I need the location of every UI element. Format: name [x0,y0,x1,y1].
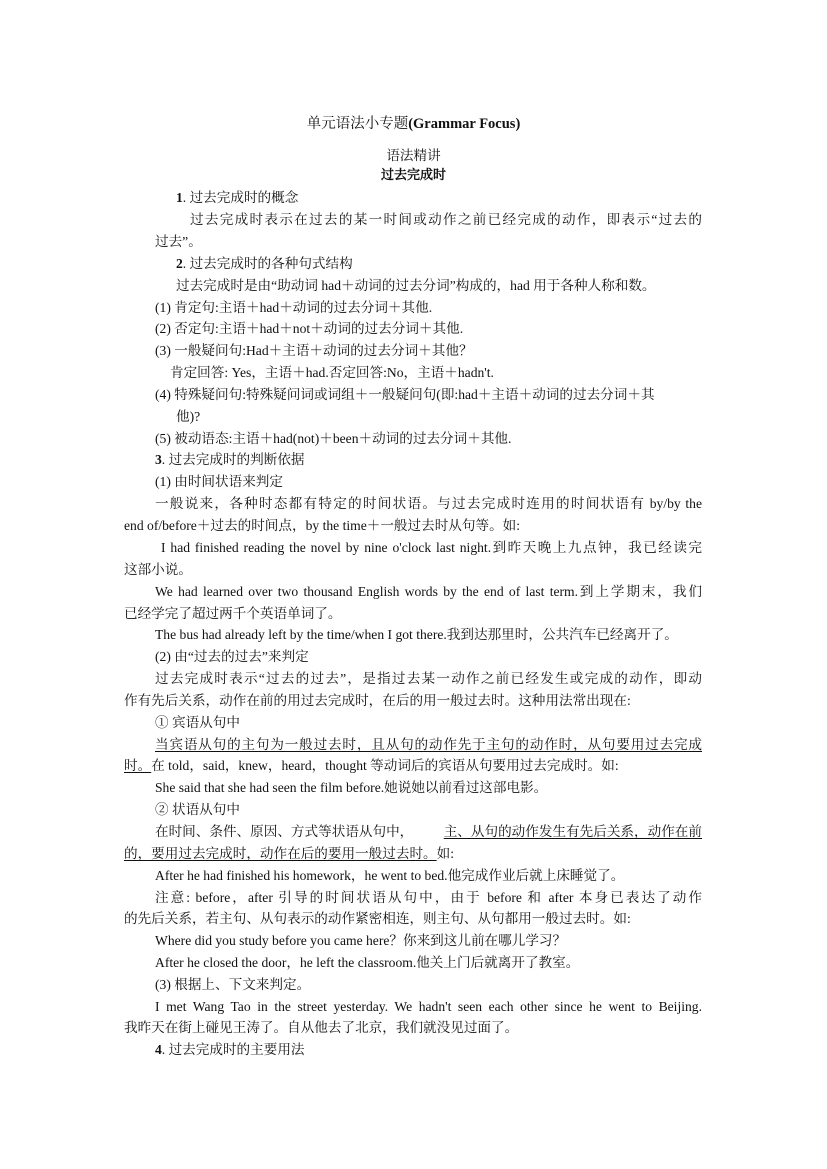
example-7: After he closed the door，he left the cla… [155,954,579,972]
section-3-2-heading: (2) 由“过去的过去”来判定 [155,648,309,666]
case-2-rule: 在时间、条件、原因、方式等状语从句中，主、从句的动作发生有先后关系，动作在前 [155,823,702,841]
structure-item-3: (3) 一般疑问句:Had＋主语＋动词的过去分词＋其他？ [155,342,473,360]
example-8-cont: 我昨天在街上碰见王涛了。自从他去了北京，我们就没见过面了。 [124,1019,518,1037]
section-3-2-text: 过去完成时表示“过去的过去”，是指过去某一动作之前已经发生或完成的动作，即动 [155,670,702,688]
structure-item-3-answer: 肯定回答: Yes，主语＋had.否定回答:No，主语＋hadn't. [170,364,494,382]
section-1-heading: 1. 过去完成时的概念 [176,189,298,207]
example-8: I met Wang Tao in the street yesterday. … [155,998,702,1016]
structure-item-1: (1) 肯定句:主语＋had＋动词的过去分词＋其他. [155,299,432,317]
section-4-heading: 4. 过去完成时的主要用法 [155,1041,305,1059]
example-2-cont: 已经学完了超过两千个英语单词了。 [124,605,342,623]
example-2: We had learned over two thousand English… [155,583,702,601]
structure-item-5: (5) 被动语态:主语＋had(not)＋been＋动词的过去分词＋其他. [155,430,511,448]
structure-item-4-cont: 他)? [176,408,200,426]
subtitle: 语法精讲 [0,147,827,165]
section-1-text-cont: 过去”。 [155,233,202,251]
topic-heading: 过去完成时 [0,167,827,185]
section-3-1-heading: (1) 由时间状语来判定 [155,473,283,491]
case-1-rule-cont: 时。在 told，said，knew，heard，thought 等动词后的宾语… [124,757,619,775]
note-text-cont: 的先后关系，若主句、从句表示的动作紧密相连，则主句、从句都用一般过去时。如: [124,910,631,928]
page-title: 单元语法小专题(Grammar Focus) [0,115,827,133]
note-text: 注意: before，after 引导的时间状语从句中，由于 before 和 … [155,889,702,907]
section-3-3-heading: (3) 根据上、下文来判定。 [155,976,310,994]
structure-item-2: (2) 否定句:主语＋had＋not＋动词的过去分词＋其他. [155,320,463,338]
section-3-heading: 3. 过去完成时的判断依据 [155,451,305,469]
example-3: The bus had already left by the time/whe… [155,626,678,644]
example-4: She said that she had seen the film befo… [155,779,547,797]
example-5: After he had finished his homework，he we… [155,867,624,885]
structure-item-4: (4) 特殊疑问句:特殊疑问词或词组＋一般疑问句(即:had＋主语＋动词的过去分… [155,386,655,404]
case-1-rule: 当宾语从句的主句为一般过去时，且从句的动作先于主句的动作时，从句要用过去完成 [155,736,702,754]
section-2-intro: 过去完成时是由“助动词 had＋动词的过去分词”构成的，had 用于各种人称和数… [176,277,656,295]
section-3-1-text-cont: end of/before＋过去的时间点，by the time＋一般过去时从句… [124,517,520,535]
section-3-2-text-cont: 作有先后关系，动作在前的用过去完成时，在后的用一般过去时。这种用法常出现在: [124,692,631,710]
case-1-heading: ① 宾语从句中 [155,714,240,732]
example-6: Where did you study before you came here… [155,932,566,950]
example-1-cont: 这部小说。 [124,561,192,579]
case-2-rule-cont: 的，要用过去完成时，动作在后的要用一般过去时。如: [124,845,454,863]
case-2-heading: ② 状语从句中 [155,801,240,819]
example-1: I had finished reading the novel by nine… [161,539,702,557]
section-1-text: 过去完成时表示在过去的某一时间或动作之前已经完成的动作，即表示“过去的 [190,211,702,229]
section-2-heading: 2. 过去完成时的各种句式结构 [176,255,353,273]
section-3-1-text: 一般说来，各种时态都有特定的时间状语。与过去完成时连用的时间状语有 by/by … [155,495,702,513]
